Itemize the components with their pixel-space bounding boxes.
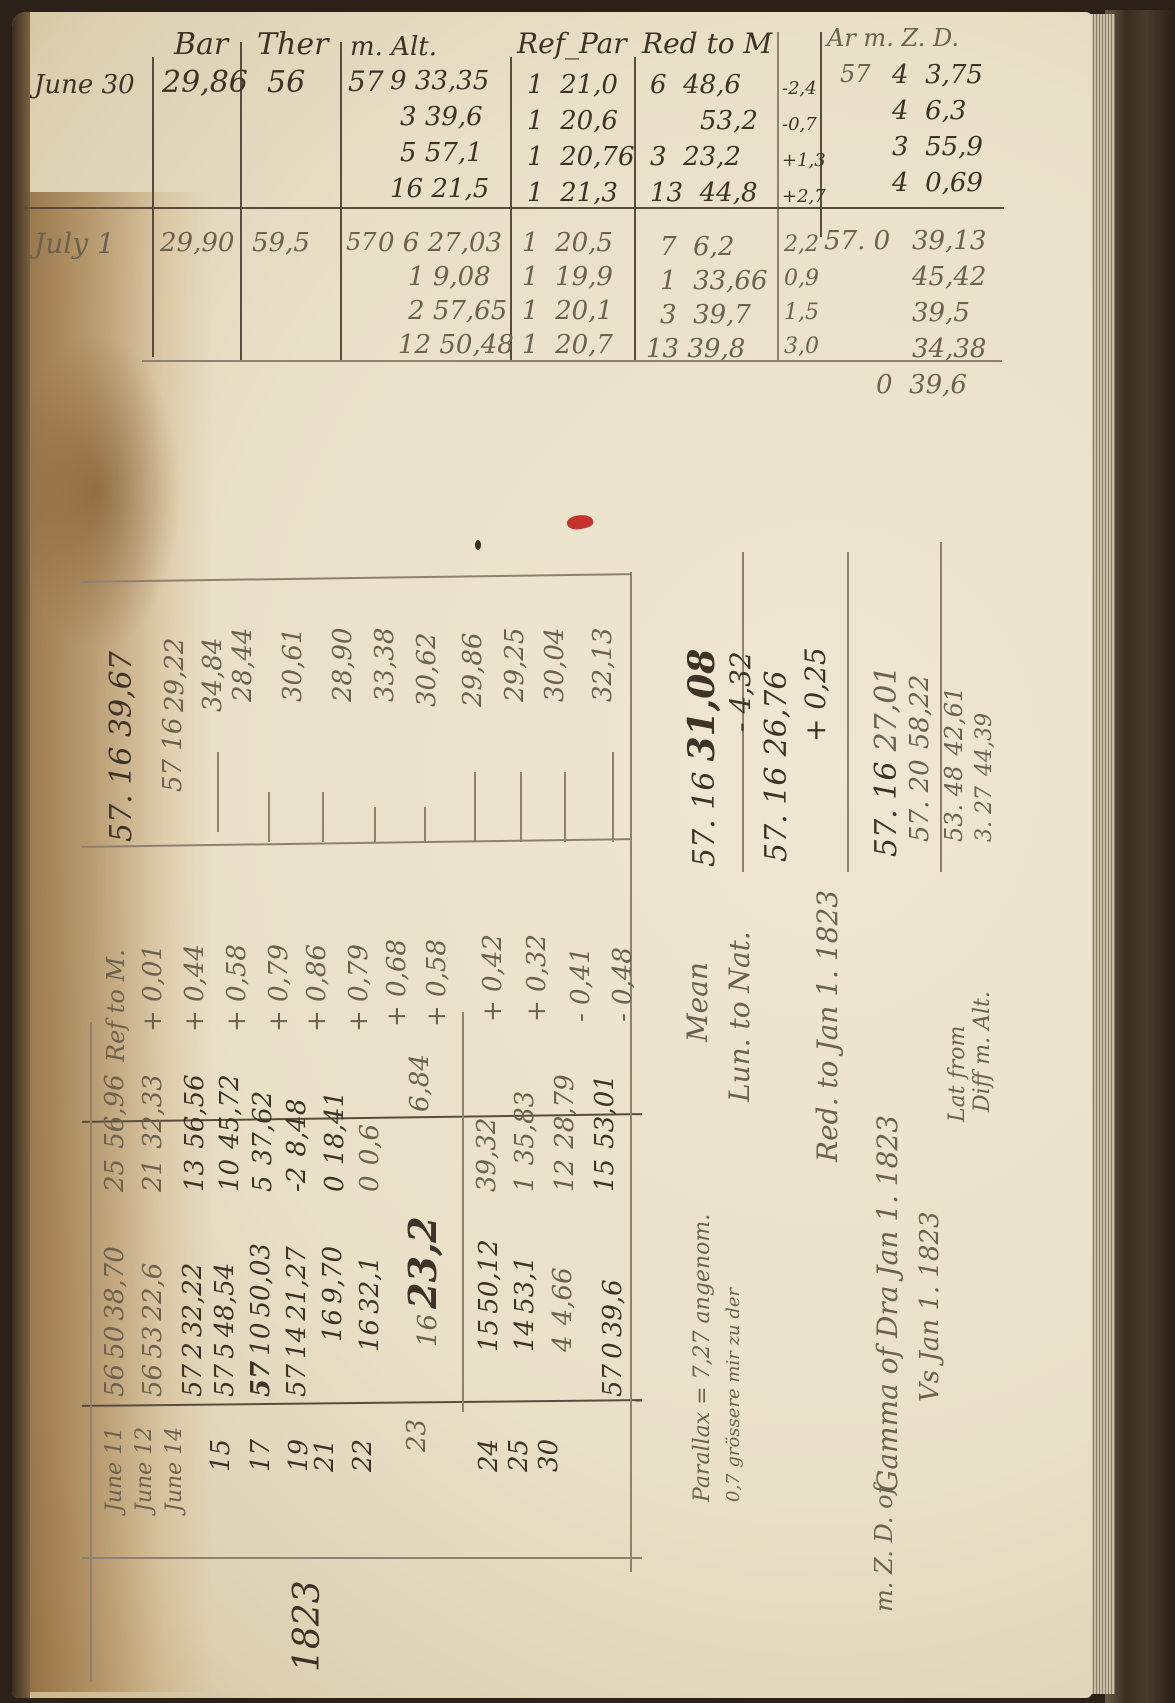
gamma-label: Gamma of Dra Jan 1. 1823: [874, 1115, 902, 1492]
correction-col: + 0,86: [304, 944, 330, 1032]
upper-value-col: 30,04: [542, 628, 568, 702]
deg: 1: [522, 296, 539, 326]
value: + 0,68: [382, 939, 412, 1027]
deg: 57: [178, 1364, 208, 1397]
parallax-note-2: 0,7 grössere mir zu der: [724, 1288, 743, 1502]
val: 6,84: [405, 1054, 435, 1112]
ref-col: 0 0,6: [357, 1124, 383, 1192]
year: 1823: [287, 1580, 328, 1672]
correction: 0,9: [784, 268, 819, 302]
sec: 50,48: [439, 330, 513, 360]
sec: 32,1: [355, 1256, 385, 1314]
obs-row: 57 2 32,22: [180, 1263, 206, 1397]
m-alt-entries: 0 6 27,03 1 9,08 2 57,65 12 50,48: [378, 230, 514, 366]
header-zd: Ar m. Z. D.: [827, 26, 959, 50]
label: Lat from: [945, 1026, 970, 1122]
min: 1: [660, 266, 677, 296]
min: 15: [474, 1319, 504, 1352]
correction-entries: 2,2 0,9 1,5 3,0: [784, 234, 819, 370]
ref-col: 25 56,96: [102, 1074, 128, 1192]
val: 56,56: [180, 1074, 210, 1148]
zd-entries: 4 3,75 4 6,3 3 55,9 4 0,69: [892, 62, 983, 206]
sec: 32,22: [178, 1263, 208, 1337]
fourth-row: 57. 20 58,22: [907, 675, 933, 842]
value: + 0,58: [222, 944, 252, 1032]
min: 13: [650, 178, 683, 208]
sec: 22,6: [138, 1263, 168, 1321]
value: + 0,79: [264, 944, 294, 1032]
correction-col: + 0,79: [266, 944, 292, 1032]
deg-label: 57 16: [158, 718, 188, 792]
sec: 39,6: [598, 1279, 628, 1337]
val: 27,01: [869, 666, 904, 752]
sec: 48,6: [683, 70, 741, 100]
obs-row: 16 9,70: [320, 1246, 346, 1342]
upper-block-header: 57. 16 39,67: [107, 651, 137, 842]
val: 58,22: [905, 675, 935, 749]
ref-par-entries: 1 20,5 1 19,9 1 20,1 1 20,7: [522, 230, 613, 366]
parallax-note: Parallax = 7,27 angenom.: [692, 1214, 714, 1502]
manuscript-page: Bar Ther m. Alt. Ref_Par Red to M Ar m. …: [12, 12, 1092, 1698]
upper-value-col: 30,62: [414, 633, 440, 707]
fifth-row: 53. 48 42,61: [942, 687, 966, 842]
label: Lun. to Nat.: [723, 931, 756, 1102]
ref-col: 15 53,01: [592, 1074, 618, 1192]
correction-col: + 0,42: [480, 934, 506, 1022]
val: 20,5: [555, 228, 613, 258]
third-row: 57. 16 27,01: [872, 666, 902, 857]
deg: 56: [100, 1364, 130, 1397]
val: 32,33: [138, 1074, 168, 1148]
ref-col: 21 32,33: [140, 1074, 166, 1192]
obs-row: 56 50 38,70: [102, 1246, 128, 1397]
upper-block-value: 57. 16 39,67: [104, 651, 139, 842]
tick-line: [268, 792, 270, 842]
obs-row: 56 53 22,6: [140, 1263, 166, 1397]
sec: 33,66: [693, 266, 767, 296]
red-wax-mark: [566, 512, 594, 531]
val: 8,48: [282, 1099, 312, 1157]
min: 5: [210, 1342, 240, 1359]
min: 4: [548, 1335, 578, 1352]
zd-deg: 57. 0: [824, 228, 890, 254]
sec: 38,70: [100, 1246, 130, 1320]
deg: 1: [522, 262, 539, 292]
min: 2: [178, 1342, 208, 1359]
deg: 57: [210, 1364, 240, 1397]
zd-value: 34,38: [912, 336, 986, 372]
header-ther: Ther: [257, 30, 328, 60]
min: 13: [646, 334, 679, 364]
deg: 1: [527, 178, 544, 208]
red-to-m-entries: 6 48,6 53,2 3 23,2 13 44,8: [650, 72, 758, 216]
date: June 14: [162, 1427, 187, 1512]
date-label: 24: [476, 1439, 502, 1472]
deg: 21: [138, 1159, 168, 1192]
tick-line: [424, 807, 426, 842]
correction-col: + 0,44: [182, 944, 208, 1032]
red-row: 57. 16 26,76: [762, 671, 792, 862]
deg: 57. 16: [687, 772, 722, 867]
deg: 57: [282, 1364, 312, 1397]
deg: 10: [215, 1159, 245, 1192]
deg: 15: [590, 1159, 620, 1192]
sec: 50,12: [474, 1239, 504, 1313]
correction-entries: -2,4 -0,7 +1,3 +2,7: [782, 80, 826, 224]
date-label: June 11: [104, 1427, 126, 1512]
date-label: June 12: [134, 1427, 156, 1512]
deg: 12: [550, 1159, 580, 1192]
label: Diff m. Alt.: [970, 991, 995, 1112]
min: 7: [660, 232, 677, 262]
value: + 0,44: [180, 944, 210, 1032]
val: 35,83: [510, 1091, 540, 1165]
correction-col: - 0,48: [610, 947, 636, 1022]
date-label: June 14: [164, 1427, 186, 1512]
year-label: 1823: [290, 1580, 326, 1672]
value: + 0,58: [422, 939, 452, 1027]
value: 28,90: [328, 628, 358, 702]
sec: 9,08: [433, 262, 491, 292]
min: 50: [100, 1326, 130, 1359]
val: 37,62: [248, 1091, 278, 1165]
tick-line: [322, 792, 324, 842]
date-label: 15: [208, 1439, 234, 1472]
lun-label: Lun. to Nat.: [726, 931, 754, 1102]
note: Parallax = 7,27 angenom.: [690, 1214, 715, 1502]
deg: 0: [320, 1175, 350, 1192]
red-to-m-entries: 7 6,2 1 33,66 3 39,7 13 39,8: [660, 234, 768, 370]
tick-line: [612, 752, 614, 842]
deg: 1: [527, 70, 544, 100]
label: Ref to M.: [102, 949, 130, 1062]
sec: 39,6: [909, 370, 967, 400]
min: 10: [246, 1323, 276, 1356]
sec: 44,8: [700, 178, 758, 208]
date-june-30: June 30: [34, 72, 135, 98]
grid-line: [340, 42, 342, 362]
red-label: Red. to Jan 1. 1823: [814, 890, 842, 1162]
sec: 4,66: [548, 1267, 578, 1325]
header-bar: Bar: [174, 30, 228, 60]
val: 19,9: [555, 262, 613, 292]
zd-value: 39,13: [912, 228, 986, 264]
date-label: 17: [248, 1439, 274, 1472]
upper-value-col: 29,86: [460, 633, 486, 707]
deg: 13: [180, 1159, 210, 1192]
mean-label: Mean: [684, 962, 712, 1042]
correction: -2,4: [782, 80, 826, 116]
value: + 0,32: [522, 934, 552, 1022]
min: 4: [892, 60, 909, 90]
upper-values: 29,22 34,84: [162, 638, 226, 712]
corrections-label: Ref to M.: [104, 949, 128, 1062]
correction: +1,3: [782, 152, 826, 188]
date-july-1: July 1: [34, 230, 115, 258]
ref-col: -2 8,48: [284, 1099, 310, 1192]
upper-value-col: 32,13: [590, 628, 616, 702]
sec: 33,35: [415, 66, 489, 96]
sec: 21,27: [282, 1246, 312, 1320]
vs-label: Vs Jan 1. 1823: [917, 1211, 943, 1402]
ref-col: 6,84: [407, 1054, 433, 1112]
sec: 23,2: [683, 142, 741, 172]
sec: 6,2: [693, 232, 734, 262]
value: + 0,42: [478, 934, 508, 1022]
value: 28,44: [228, 628, 258, 702]
deg: 1: [510, 1175, 540, 1192]
deg: 57. 20: [905, 759, 935, 842]
val: 21,0: [560, 70, 618, 100]
value: 30,62: [412, 633, 442, 707]
value: 34,84: [200, 638, 226, 712]
min: 16: [355, 1319, 385, 1352]
page-gutter: [12, 12, 30, 1698]
sec: 3,75: [925, 60, 983, 90]
deg: 5: [248, 1175, 278, 1192]
val: 20,6: [560, 106, 618, 136]
date: 22: [348, 1439, 378, 1472]
deg: 3. 27: [972, 786, 997, 842]
min: 12: [398, 330, 431, 360]
value: + 0,79: [344, 944, 374, 1032]
obs-row: 15 50,12: [476, 1239, 502, 1352]
correction: 3,0: [784, 336, 819, 370]
ther-value: 56: [267, 68, 305, 98]
obs-row: 57 10 50,03: [248, 1243, 274, 1397]
correction: 1,5: [784, 302, 819, 336]
val: 20,1: [555, 296, 613, 326]
date: 17: [246, 1439, 276, 1472]
min: 5: [400, 138, 417, 168]
val: 31,08: [681, 649, 723, 762]
sec: 53,1: [510, 1256, 540, 1314]
value: 33,38: [370, 628, 400, 702]
sec: 39,8: [687, 334, 745, 364]
obs-row: 57 5 48,54: [212, 1263, 238, 1397]
obs-row: 57 0 39,6: [600, 1279, 626, 1397]
sec: 23,2: [400, 1216, 445, 1309]
value: 30,04: [540, 628, 570, 702]
sixth-row: 3. 27 44,39: [974, 713, 996, 842]
date: 23: [402, 1419, 432, 1452]
upper-value-col: 33,38: [372, 628, 398, 702]
val: 42,61: [940, 687, 968, 756]
date: 30: [534, 1439, 564, 1472]
ref-col: 13 56,56: [182, 1074, 208, 1192]
row-divider: [24, 207, 1004, 209]
ther-value: 59,5: [252, 230, 310, 256]
min: 3: [650, 142, 667, 172]
value: 32,13: [588, 628, 618, 702]
date-label: 22: [350, 1439, 376, 1472]
ref-col: 5 37,62: [250, 1091, 276, 1192]
value: 30,61: [278, 628, 308, 702]
zd-deg: 57: [840, 62, 871, 86]
sec: 55,9: [925, 132, 983, 162]
m-alt-deg: 57: [348, 68, 384, 96]
bar-value: 29,86: [162, 68, 248, 98]
tick-line: [564, 772, 566, 842]
val: 45,72: [215, 1074, 245, 1148]
val: 20,7: [555, 330, 613, 360]
val: 0,6: [355, 1124, 385, 1165]
correction: -0,7: [782, 116, 826, 152]
label: Gamma of Dra Jan 1. 1823: [871, 1115, 904, 1492]
zd-value: 45,42: [912, 264, 986, 300]
date: June 12: [132, 1427, 157, 1512]
min: 3: [660, 300, 677, 330]
deg: 56: [138, 1364, 168, 1397]
correction-col: + 0,58: [424, 939, 450, 1027]
deg: 53. 48: [940, 766, 968, 842]
upper-value-col: 28,90: [330, 628, 356, 702]
date-label: 21: [312, 1439, 338, 1472]
deg: 1: [522, 330, 539, 360]
column-line: [462, 1012, 464, 1412]
value: 29,86: [458, 633, 488, 707]
correction-col: + 0,79: [346, 944, 372, 1032]
date-label: 25: [506, 1439, 532, 1472]
tick-line: [520, 772, 522, 842]
deg: 1: [527, 142, 544, 172]
deg: 1: [522, 228, 539, 258]
correction: +2,7: [782, 188, 826, 224]
min: 4: [892, 168, 909, 198]
min: 3: [400, 102, 417, 132]
date: 15: [206, 1439, 236, 1472]
zd-entries: 39,13 45,42 39,5 34,38 0 39,6: [912, 228, 986, 408]
sec: 21,5: [431, 174, 489, 204]
date: 24: [474, 1439, 504, 1472]
min: 2: [408, 296, 425, 326]
obs-row: 16 32,1: [357, 1256, 383, 1352]
val: 44,39: [972, 713, 997, 776]
date-label: 30: [536, 1439, 562, 1472]
ink-blot: [475, 540, 481, 550]
rule-line: [82, 1557, 642, 1559]
column-line: [630, 572, 632, 1572]
date-label: 19: [286, 1439, 312, 1472]
obs-row: 14 53,1: [512, 1256, 538, 1352]
correction: 2,2: [784, 234, 819, 268]
header-red-to-m: Red to M: [642, 30, 772, 58]
sec: 50,03: [246, 1243, 276, 1317]
sec: 57,1: [425, 138, 483, 168]
val: 20,76: [560, 142, 634, 172]
min: 14: [510, 1319, 540, 1352]
val: 21,3: [560, 178, 618, 208]
sec: 9,70: [318, 1246, 348, 1304]
tick-line: [217, 752, 219, 832]
min: 53: [138, 1326, 168, 1359]
lat-label: Lat from: [947, 1026, 969, 1122]
ref-col: 39,32: [474, 1118, 500, 1192]
ref-col: 12 28,79: [552, 1074, 578, 1192]
mean-row: 57. 16 31,08: [684, 649, 720, 867]
tick-line: [474, 772, 476, 842]
deg: 25: [100, 1159, 130, 1192]
ref-col: 1 35,83: [512, 1091, 538, 1192]
correction: - 4,32: [724, 651, 757, 732]
label: Vs Jan 1. 1823: [915, 1211, 945, 1402]
deg: 57: [246, 1361, 276, 1397]
val: 56,96: [100, 1074, 130, 1148]
zd-value: 39,5: [912, 300, 986, 336]
sec: 39,6: [425, 102, 483, 132]
m-zd-label: m. Z. D. of: [872, 1485, 896, 1612]
ref-par-entries: 1 21,0 1 20,6 1 20,76 1 21,3: [527, 72, 635, 216]
date: June 11: [102, 1427, 127, 1512]
sec: 57,65: [433, 296, 507, 326]
correction-col: + 0,01: [140, 944, 166, 1032]
val: 28,79: [550, 1074, 580, 1148]
deg: 57: [598, 1364, 628, 1397]
red-correction: + 0,25: [802, 647, 830, 742]
val: 53,01: [590, 1074, 620, 1148]
min: 16: [413, 1314, 443, 1347]
min: 3: [892, 132, 909, 162]
header-m-alt: m. Alt.: [350, 34, 437, 60]
correction-col: + 0,32: [524, 934, 550, 1022]
column-line: [847, 552, 849, 872]
sec: 53,2: [700, 106, 758, 136]
water-stain-dark: [12, 332, 182, 652]
value: 29,22: [162, 638, 188, 712]
sec: 27,03: [428, 228, 502, 258]
deg: 57. 16: [869, 762, 904, 857]
sec: 0,69: [925, 168, 983, 198]
mean-correction: - 4,32: [727, 651, 755, 732]
min: 16: [390, 174, 423, 204]
value: + 0,01: [138, 944, 168, 1032]
obs-extra: 4 4,66: [550, 1267, 576, 1352]
val: 18,41: [320, 1091, 350, 1165]
upper-value-col: 30,61: [280, 628, 306, 702]
deg: -2: [282, 1167, 312, 1192]
upper-value-col: 29,25: [502, 628, 528, 702]
ref-col: 10 45,72: [217, 1074, 243, 1192]
min: 9: [390, 66, 407, 96]
deg: 1: [527, 106, 544, 136]
m-alt-entries: 9 33,35 3 39,6 5 57,1 16 21,5: [390, 68, 489, 212]
diff-label: Diff m. Alt.: [972, 991, 994, 1112]
obs-row: 57 14 21,27: [284, 1246, 310, 1397]
correction-col: + 0,68: [384, 939, 410, 1027]
correction-col: - 0,41: [568, 947, 594, 1022]
min: 0 6: [378, 228, 419, 258]
upper-block-sub: 57 16: [160, 718, 186, 792]
sec: 39,7: [693, 300, 751, 330]
note: 0,7 grössere mir zu der: [723, 1288, 744, 1502]
val: 26,76: [759, 671, 794, 757]
sec: 6,3: [925, 96, 966, 126]
grid-line: [777, 32, 779, 362]
value: 29,25: [500, 628, 530, 702]
label: Mean: [681, 962, 714, 1042]
tick-line: [374, 807, 376, 842]
min: 0: [876, 370, 893, 400]
deg: 57. 16: [759, 767, 794, 862]
book-binding: [1105, 10, 1175, 1703]
upper-value-col: 28,44: [230, 628, 256, 702]
min: 16: [318, 1309, 348, 1342]
min: 4: [892, 96, 909, 126]
value: + 0,86: [302, 944, 332, 1032]
val: 39,32: [472, 1118, 502, 1192]
value: - 0,41: [566, 947, 596, 1022]
deg: 0: [355, 1175, 385, 1192]
